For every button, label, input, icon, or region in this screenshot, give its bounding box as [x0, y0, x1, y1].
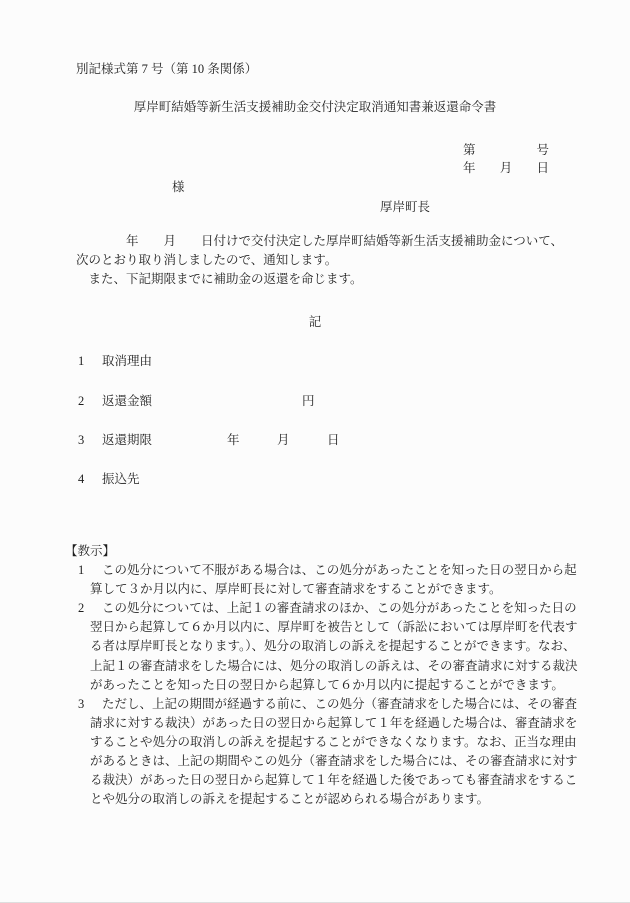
- body-paragraph: 年 月 日付けで交付決定した厚岸町結婚等新生活支援補助金について、 次のとおり取…: [76, 232, 616, 290]
- instruction-paragraph-2-line: 翌日から起算して６か月以内に、厚岸町を被告として（訴訟においては厚岸町を代表す: [76, 618, 616, 637]
- addressee-honorific: 様: [172, 181, 185, 195]
- instruction-paragraph-3-line: とや処分の取消しの訴えを提起することが認められる場合があります。: [76, 790, 616, 809]
- form-reference: 別記様式第 7 号（第 10 条関係）: [76, 63, 257, 77]
- record-item-number: 2: [76, 395, 102, 409]
- record-item-value: 円: [152, 394, 315, 408]
- record-item-refund-deadline: 3返還期限 年 月 日: [76, 434, 340, 448]
- record-item-bank-transfer: 4振込先: [76, 473, 140, 487]
- body-line: 次のとおり取り消しましたので、通知します。: [76, 251, 616, 270]
- record-item-label: 振込先: [102, 472, 140, 486]
- issue-date-year: 年: [463, 162, 476, 176]
- issue-date-day: 日: [536, 162, 549, 176]
- doc-number-prefix: 第: [463, 144, 476, 158]
- instruction-number: 1: [76, 561, 102, 580]
- instruction-paragraph-1-line: 1この処分について不服がある場合は、この処分があったことを知った日の翌日から起: [76, 561, 616, 580]
- instruction-paragraph-2-line: 上記１の審査請求をした場合には、処分の取消しの訴えは、その審査請求に対する裁決: [76, 657, 616, 676]
- record-item-label: 返還期限: [102, 433, 152, 447]
- doc-number-suffix: 号: [536, 144, 549, 158]
- instruction-paragraph-2-line: 2この処分については、上記１の審査請求のほか、この処分があったことを知った日の: [76, 599, 616, 618]
- record-item-refund-amount: 2返還金額 円: [76, 395, 315, 409]
- issue-date-line: 年 月 日: [463, 162, 549, 176]
- instruction-paragraph-3-line: することや処分の取消しの訴えを提起することができなくなります。なお、正当な理由: [76, 733, 616, 752]
- instruction-paragraph-3-line: があるときは、上記の期間やこの処分（審査請求をした場合には、その審査請求に対す: [76, 752, 616, 771]
- instruction-text: この処分について不服がある場合は、この処分があったことを知った日の翌日から起: [102, 563, 577, 577]
- record-item-cancellation-reason: 1取消理由: [76, 355, 152, 369]
- doc-number-line: 第 号: [463, 144, 549, 158]
- document-page: 別記様式第 7 号（第 10 条関係） 厚岸町結婚等新生活支援補助金交付決定取消…: [0, 0, 630, 903]
- record-item-number: 1: [76, 355, 102, 369]
- instruction-paragraph-3-line: 請求に対する裁決）があった日の翌日から起算して１年を経過した場合は、審査請求を: [76, 714, 616, 733]
- instructions-heading: 【教示】: [65, 542, 616, 561]
- instruction-text: この処分については、上記１の審査請求のほか、この処分があったことを知った日の: [102, 601, 577, 615]
- instructions-section: 【教示】 1この処分について不服がある場合は、この処分があったことを知った日の翌…: [76, 542, 616, 809]
- instruction-paragraph-2-line: る者は厚岸町長となります。）、処分の取消しの訴えを提起することができます。なお、: [76, 637, 616, 656]
- record-heading: 記: [0, 316, 630, 330]
- body-line: 年 月 日付けで交付決定した厚岸町結婚等新生活支援補助金について、: [76, 232, 616, 251]
- instruction-paragraph-2-line: があったことを知った日の翌日から起算して６か月以内に提起することができます。: [76, 676, 616, 695]
- record-item-number: 3: [76, 434, 102, 448]
- record-item-label: 取消理由: [102, 354, 152, 368]
- instruction-number: 2: [76, 599, 102, 618]
- instruction-paragraph-3-line: 3ただし、上記の期間が経過する前に、この処分（審査請求をした場合には、その審査: [76, 695, 616, 714]
- instruction-number: 3: [76, 695, 102, 714]
- record-item-label: 返還金額: [102, 394, 152, 408]
- instruction-paragraph-1-line: 算して３か月以内に、厚岸町長に対して審査請求をすることができます。: [76, 580, 616, 599]
- record-item-value: 年 月 日: [152, 433, 340, 447]
- body-line: また、下記期限までに補助金の返還を命じます。: [76, 270, 616, 289]
- instruction-paragraph-3-line: る裁決）があった日の翌日から起算して１年を経過した後であっても審査請求をするこ: [76, 771, 616, 790]
- issue-date-month: 月: [500, 162, 513, 176]
- record-item-number: 4: [76, 473, 102, 487]
- instruction-text: ただし、上記の期間が経過する前に、この処分（審査請求をした場合には、その審査: [102, 697, 577, 711]
- document-title: 厚岸町結婚等新生活支援補助金交付決定取消通知書兼返還命令書: [0, 101, 630, 115]
- issuer-name: 厚岸町長: [380, 201, 430, 215]
